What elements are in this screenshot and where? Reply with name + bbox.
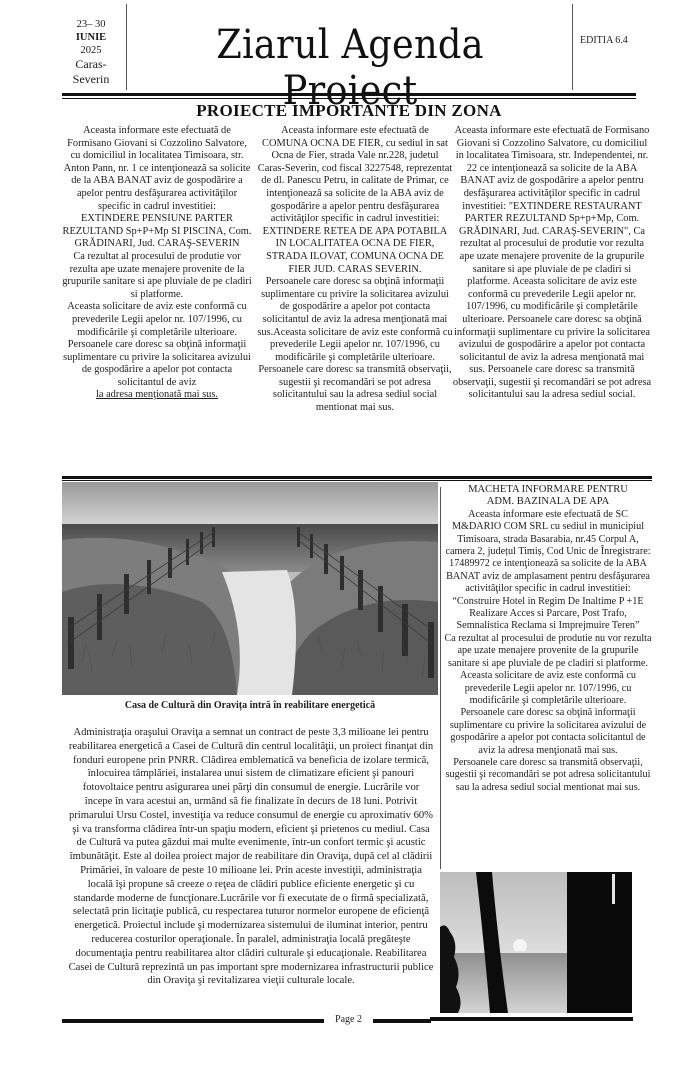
edition-label: EDITIA 6.4	[580, 35, 628, 46]
notice-project-title: “Construire Hotel in Regim De Inaltime P…	[443, 596, 653, 633]
notice-paragraph: Aceasta informare este efectuată de COMU…	[257, 125, 453, 276]
sunset-photo	[440, 872, 632, 1013]
notice-paragraph: la adresa menţionată mai sus.	[62, 389, 252, 402]
notice-paragraph: Persoanele care doresc sa obţină informa…	[62, 339, 252, 389]
notice-column-1: Aceasta informare este efectuată de Form…	[62, 125, 252, 402]
notice-project-title: EXTINDERE PENSIUNE PARTER REZULTAND Sp+P…	[62, 213, 252, 251]
notice-paragraph: Persoanele care doresc sa obţină informa…	[443, 707, 653, 757]
photo-caption: Casa de Cultură din Oravița intră în rea…	[62, 700, 438, 711]
notice-column-2: Aceasta informare este efectuată de COMU…	[257, 125, 453, 415]
issue-info: 23– 30 IUNIE 2025 Caras- Severin	[62, 18, 120, 87]
notice-column-3: Aceasta informare este efectuată de Form…	[452, 125, 652, 402]
issue-year: 2025	[62, 44, 120, 57]
notice-paragraph: Aceasta informare este efectuată de Form…	[62, 125, 252, 213]
issue-month: IUNIE	[62, 31, 120, 44]
column-divider	[440, 487, 441, 869]
sunset-image	[440, 872, 632, 1013]
notice-paragraph: Persoanele care doresc sa transmită obse…	[443, 757, 653, 794]
notice-paragraph: Aceasta informare este efectuată de SC M…	[443, 509, 653, 596]
notice-paragraph: Ca rezultat al procesului de produtie vo…	[62, 251, 252, 301]
issue-region-line2: Severin	[62, 72, 120, 87]
footer-rule-right	[373, 1019, 431, 1023]
masthead-rule	[62, 93, 636, 99]
notice-paragraph: Aceasta solicitare de aviz este conformă…	[443, 670, 653, 707]
masthead-divider-right	[572, 4, 573, 90]
beach-path-photo	[62, 482, 438, 695]
notice-heading-line2: ADM. BAZINALA DE APA	[443, 496, 653, 508]
notice-heading-line1: MACHETA INFORMARE PENTRU	[443, 484, 653, 496]
notice-paragraph: Aceasta solicitare de aviz este conformă…	[62, 301, 252, 339]
masthead-divider-left	[126, 4, 127, 90]
issue-date-range: 23– 30	[62, 18, 120, 31]
feature-article-body: Administraţia oraşului Oraviţa a semnat …	[68, 726, 434, 988]
beach-path-image	[62, 482, 438, 695]
notice-paragraph: Persoanele care doresc sa transmită obse…	[257, 364, 453, 414]
page-number: Page 2	[324, 1014, 373, 1025]
notice-column-4: MACHETA INFORMARE PENTRU ADM. BAZINALA D…	[443, 484, 653, 794]
sunset-bottom-rule	[430, 1017, 633, 1021]
section-heading: PROIECTE IMPORTANTE DIN ZONA	[62, 101, 636, 121]
issue-region-line1: Caras-	[62, 57, 120, 72]
notice-paragraph: Aceasta informare este efectuată de Form…	[452, 125, 652, 402]
notice-paragraph: Persoanele care doresc sa obţină informa…	[257, 276, 453, 364]
footer-rule-left	[62, 1019, 324, 1023]
masthead: 23– 30 IUNIE 2025 Caras- Severin Ziarul …	[62, 0, 636, 94]
section-divider-rule	[62, 476, 652, 481]
notice-paragraph: Ca rezultat al procesului de produtie nu…	[443, 633, 653, 670]
